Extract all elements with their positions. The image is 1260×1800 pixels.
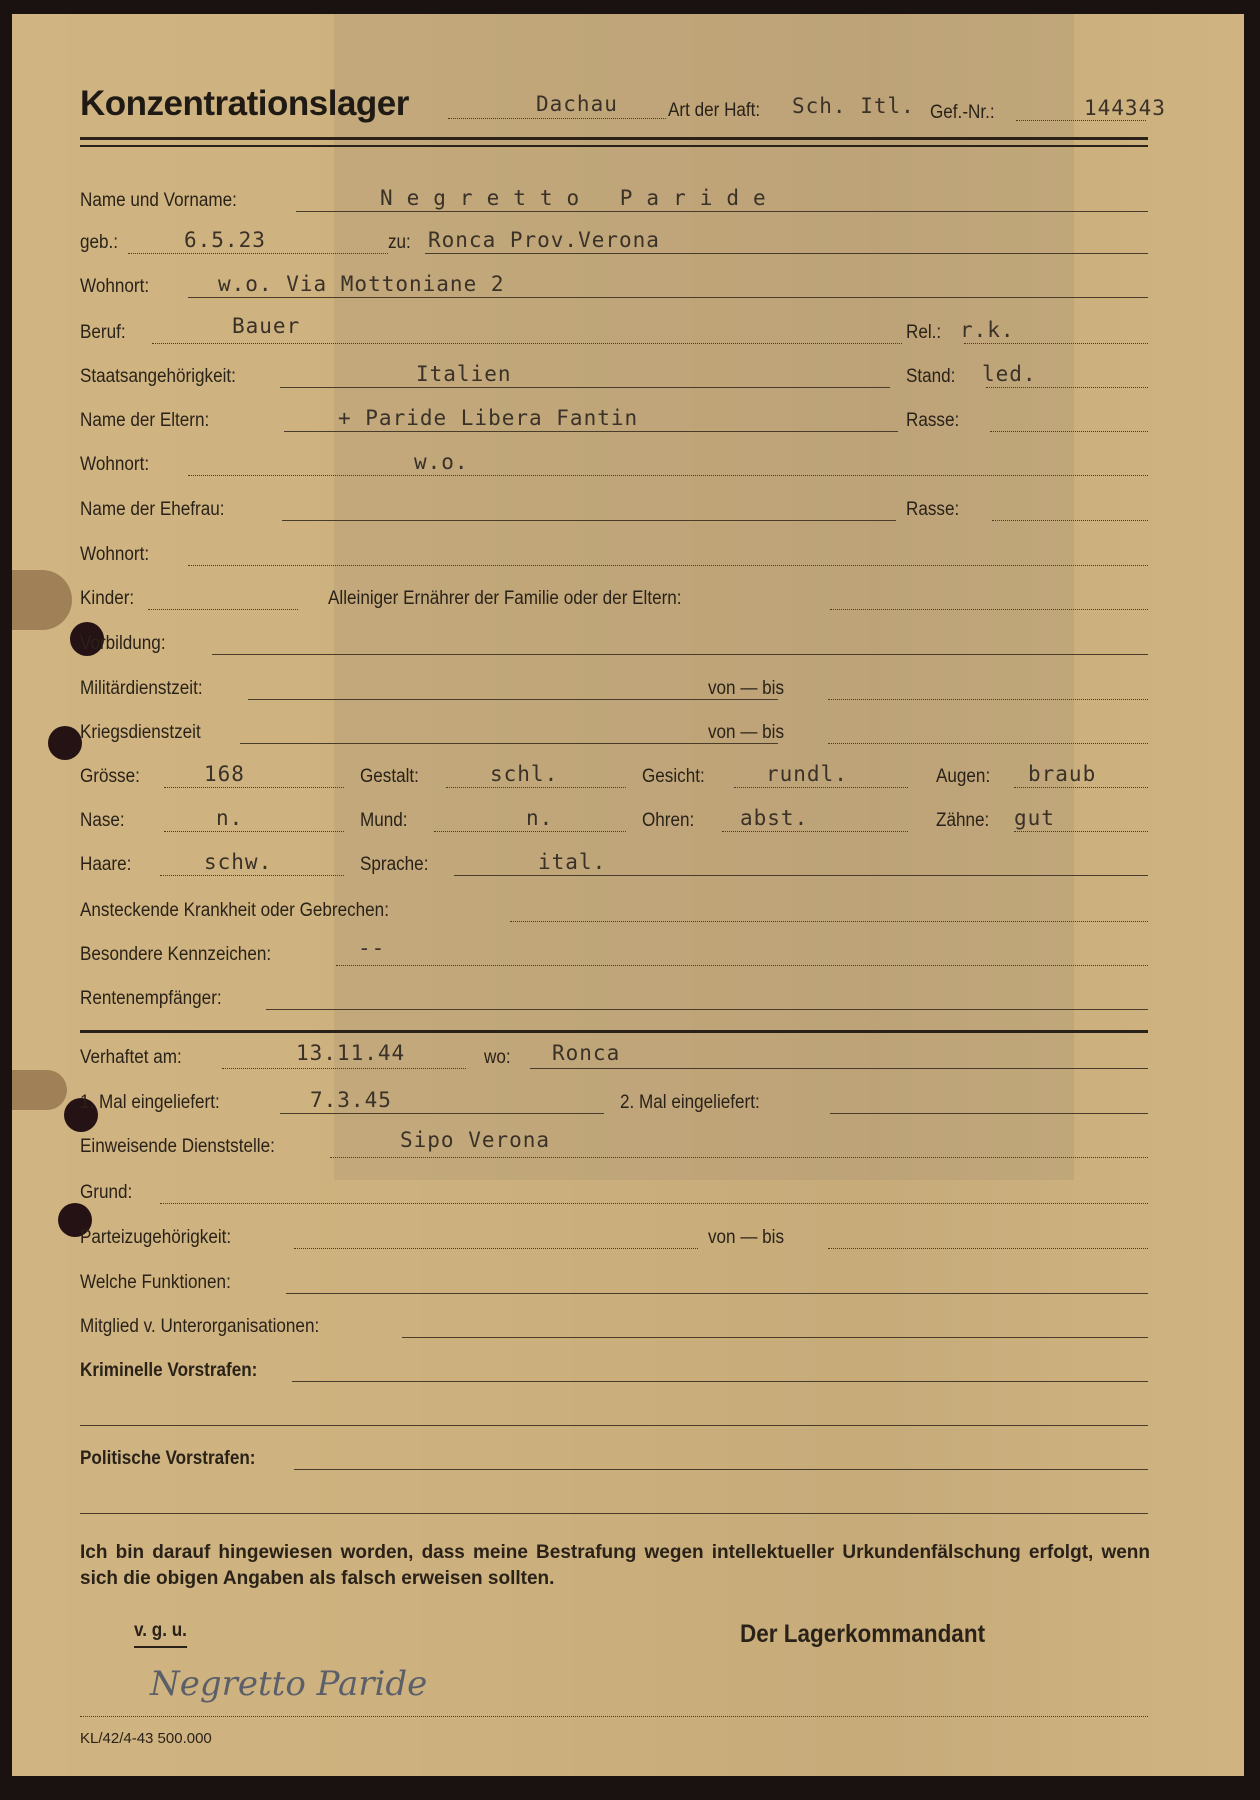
ernaehrer-label: Alleiniger Ernährer der Familie oder der…	[328, 588, 682, 610]
form-code: KL/42/4-43 500.000	[80, 1730, 212, 1747]
field-line	[248, 699, 778, 700]
gef-label: Gef.-Nr.:	[930, 102, 995, 124]
field-line	[164, 831, 344, 832]
field-line	[222, 1068, 466, 1069]
groesse-value[interactable]: 168	[204, 762, 245, 786]
beruf-value[interactable]: Bauer	[232, 314, 300, 338]
haare-label: Haare:	[80, 854, 131, 876]
field-line	[722, 831, 908, 832]
field-line	[188, 475, 1148, 476]
augen-label: Augen:	[936, 766, 990, 788]
ehefrau-label: Name der Ehefrau:	[80, 499, 224, 521]
wohnort-label: Wohnort:	[80, 276, 149, 298]
camp-value: Dachau	[536, 92, 618, 116]
krieg-label: Kriegsdienstzeit	[80, 722, 201, 744]
row-politisch: Politische Vorstrafen:	[80, 1444, 1148, 1474]
stand-value[interactable]: led.	[982, 362, 1037, 386]
field-line	[446, 787, 626, 788]
field-line	[402, 1337, 1148, 1338]
mitglied-label: Mitglied v. Unterorganisationen:	[80, 1316, 319, 1338]
eltern-label: Name der Eltern:	[80, 410, 209, 432]
field-line	[336, 965, 1148, 966]
row-nase: Nase: n. Mund: n. Ohren: abst. Zähne: gu…	[80, 806, 1148, 836]
row-krieg: Kriegsdienstzeit von — bis	[80, 718, 1148, 748]
vgu-label: v. g. u.	[134, 1620, 187, 1648]
row-kennzeichen: Besondere Kennzeichen: --	[80, 940, 1148, 970]
field-line	[280, 1113, 604, 1114]
field-line	[734, 787, 908, 788]
field-line	[1014, 787, 1148, 788]
row-funktionen: Welche Funktionen:	[80, 1268, 1148, 1298]
krankheit-label: Ansteckende Krankheit oder Gebrechen:	[80, 900, 389, 922]
ohren-label: Ohren:	[642, 810, 694, 832]
field-line	[80, 1425, 1148, 1426]
field-line	[992, 520, 1148, 521]
row-kriminell: Kriminelle Vorstrafen:	[80, 1356, 1148, 1386]
row-mitglied: Mitglied v. Unterorganisationen:	[80, 1312, 1148, 1342]
row-ehefrau: Name der Ehefrau: Rasse:	[80, 495, 1148, 525]
zu-label: zu:	[388, 232, 411, 254]
militaer-von-bis: von — bis	[708, 678, 784, 700]
ehefrau-wohnort-label: Wohnort:	[80, 544, 149, 566]
verhaftet-value[interactable]: 13.11.44	[296, 1041, 405, 1065]
mal2-label: 2. Mal eingeliefert:	[620, 1092, 760, 1114]
gef-line	[1016, 120, 1146, 121]
funktionen-label: Welche Funktionen:	[80, 1272, 231, 1294]
haare-value[interactable]: schw.	[204, 850, 272, 874]
row-groesse: Grösse: 168 Gestalt: schl. Gesicht: rund…	[80, 762, 1148, 792]
zaehne-label: Zähne:	[936, 810, 989, 832]
row-militaer: Militärdienstzeit: von — bis	[80, 674, 1148, 704]
staat-value[interactable]: Italien	[416, 362, 512, 386]
row-geb: geb.: 6.5.23 zu: Ronca Prov.Verona	[80, 228, 1148, 258]
haft-label: Art der Haft:	[668, 100, 760, 122]
groesse-label: Grösse:	[80, 766, 140, 788]
field-line	[128, 253, 388, 254]
field-line	[80, 1513, 1148, 1514]
field-line	[986, 387, 1148, 388]
wo-label: wo:	[484, 1047, 511, 1069]
dienststelle-label: Einweisende Dienststelle:	[80, 1136, 275, 1158]
field-line	[510, 921, 1148, 922]
nase-label: Nase:	[80, 810, 125, 832]
sprache-value[interactable]: ital.	[538, 850, 606, 874]
gestalt-label: Gestalt:	[360, 766, 419, 788]
field-line	[266, 1009, 1148, 1010]
ehefrau-rasse-label: Rasse:	[906, 499, 959, 521]
nase-value[interactable]: n.	[216, 806, 243, 830]
field-line	[188, 297, 1148, 298]
field-line	[188, 565, 1148, 566]
row-verhaftet: Verhaftet am: 13.11.44 wo: Ronca	[80, 1043, 1148, 1073]
camp-line	[448, 118, 666, 119]
field-line	[964, 343, 1148, 344]
signature: Negretto Paride	[150, 1664, 427, 1704]
field-line	[292, 1381, 1148, 1382]
field-line	[286, 1293, 1148, 1294]
field-line	[280, 387, 890, 388]
rente-label: Rentenempfänger:	[80, 988, 222, 1010]
field-line	[294, 1469, 1148, 1470]
field-line	[828, 1248, 1148, 1249]
politisch-label: Politische Vorstrafen:	[80, 1448, 255, 1470]
declaration-text: Ich bin darauf hingewiesen worden, dass …	[80, 1540, 1150, 1592]
row-beruf: Beruf: Bauer Rel.: r.k.	[80, 318, 1148, 348]
kommandant-label: Der Lagerkommandant	[740, 1620, 985, 1649]
field-line	[148, 609, 298, 610]
geb-label: geb.:	[80, 232, 118, 254]
row-mal1: 1. Mal eingeliefert: 7.3.45 2. Mal einge…	[80, 1088, 1148, 1118]
verhaftet-label: Verhaftet am:	[80, 1047, 182, 1069]
krieg-von-bis: von — bis	[708, 722, 784, 744]
ohren-value[interactable]: abst.	[740, 806, 808, 830]
rel-label: Rel.:	[906, 322, 941, 344]
field-line	[434, 831, 626, 832]
sprache-label: Sprache:	[360, 854, 428, 876]
field-line	[164, 787, 344, 788]
field-line	[530, 1068, 1148, 1069]
row-staat: Staatsangehörigkeit: Italien Stand: led.	[80, 362, 1148, 392]
header-rule	[80, 137, 1148, 140]
field-line	[828, 699, 1148, 700]
mal1-label: 1. Mal eingeliefert:	[80, 1092, 220, 1114]
gesicht-label: Gesicht:	[642, 766, 705, 788]
row-grund: Grund:	[80, 1178, 1148, 1208]
haft-value: Sch. Itl.	[792, 94, 915, 118]
kinder-label: Kinder:	[80, 588, 134, 610]
dienststelle-value[interactable]: Sipo Verona	[400, 1128, 550, 1152]
row-wohnort: Wohnort: w.o. Via Mottoniane 2	[80, 272, 1148, 302]
row-vorbildung: Vorbildung:	[80, 629, 1148, 659]
vorbildung-label: Vorbildung:	[80, 633, 166, 655]
field-line	[830, 1113, 1148, 1114]
field-line	[330, 1157, 1148, 1158]
name-label: Name und Vorname:	[80, 190, 237, 212]
name-value[interactable]: Negretto Paride	[380, 186, 780, 210]
row-dienststelle: Einweisende Dienststelle: Sipo Verona	[80, 1132, 1148, 1162]
row-eltern: Name der Eltern: + Paride Libera Fantin …	[80, 406, 1148, 436]
field-line	[160, 1203, 1148, 1204]
field-line	[296, 211, 1148, 212]
signature-line	[80, 1716, 1148, 1717]
field-line	[284, 431, 898, 432]
field-line	[240, 743, 778, 744]
zaehne-value[interactable]: gut	[1014, 806, 1055, 830]
row-partei: Parteizugehörigkeit: von — bis	[80, 1223, 1148, 1253]
mund-value[interactable]: n.	[526, 806, 553, 830]
mal1-value[interactable]: 7.3.45	[310, 1088, 392, 1112]
militaer-label: Militärdienstzeit:	[80, 678, 203, 700]
eltern-wohnort-value[interactable]: w.o.	[414, 450, 469, 474]
field-line	[294, 1248, 698, 1249]
stand-label: Stand:	[906, 366, 955, 388]
row-kinder: Kinder: Alleiniger Ernährer der Familie …	[80, 584, 1148, 614]
row-name: Name und Vorname: Negretto Paride	[80, 186, 1148, 216]
mund-label: Mund:	[360, 810, 408, 832]
field-line	[425, 253, 1148, 254]
augen-value[interactable]: braub	[1028, 762, 1096, 786]
wohnort-value[interactable]: w.o. Via Mottoniane 2	[218, 272, 505, 296]
beruf-label: Beruf:	[80, 322, 126, 344]
field-line	[830, 609, 1148, 610]
row-politisch-extra	[80, 1488, 1148, 1518]
partei-von-bis: von — bis	[708, 1227, 784, 1249]
row-rente: Rentenempfänger:	[80, 984, 1148, 1014]
gef-value: 144343	[1084, 96, 1166, 120]
staat-label: Staatsangehörigkeit:	[80, 366, 236, 388]
field-line	[454, 875, 1148, 876]
grund-label: Grund:	[80, 1182, 132, 1204]
gestalt-value[interactable]: schl.	[490, 762, 558, 786]
rasse-label: Rasse:	[906, 410, 959, 432]
punch-hole	[48, 726, 82, 760]
form-title: Konzentrationslager	[80, 84, 409, 124]
kriminell-label: Kriminelle Vorstrafen:	[80, 1360, 257, 1382]
field-line	[282, 520, 896, 521]
eltern-value[interactable]: + Paride Libera Fantin	[338, 406, 638, 430]
row-ehefrau-wohnort: Wohnort:	[80, 540, 1148, 570]
section-rule	[80, 1030, 1148, 1033]
geb-value[interactable]: 6.5.23	[184, 228, 266, 252]
wo-value[interactable]: Ronca	[552, 1041, 620, 1065]
header-rule	[80, 145, 1148, 147]
partei-label: Parteizugehörigkeit:	[80, 1227, 231, 1249]
zu-value[interactable]: Ronca Prov.Verona	[428, 228, 660, 252]
eltern-wohnort-label: Wohnort:	[80, 454, 149, 476]
kennzeichen-value[interactable]: --	[358, 936, 385, 960]
gesicht-value[interactable]: rundl.	[766, 762, 848, 786]
field-line	[160, 875, 344, 876]
row-kriminell-extra	[80, 1400, 1148, 1430]
field-line	[1014, 831, 1148, 832]
torn-edge	[12, 570, 72, 630]
row-haare: Haare: schw. Sprache: ital.	[80, 850, 1148, 880]
field-line	[212, 654, 1148, 655]
field-line	[152, 343, 902, 344]
rel-value[interactable]: r.k.	[960, 318, 1015, 342]
torn-edge	[12, 1070, 67, 1110]
row-eltern-wohnort: Wohnort: w.o.	[80, 450, 1148, 480]
kennzeichen-label: Besondere Kennzeichen:	[80, 944, 271, 966]
field-line	[990, 431, 1148, 432]
row-krankheit: Ansteckende Krankheit oder Gebrechen:	[80, 896, 1148, 926]
field-line	[828, 743, 1148, 744]
